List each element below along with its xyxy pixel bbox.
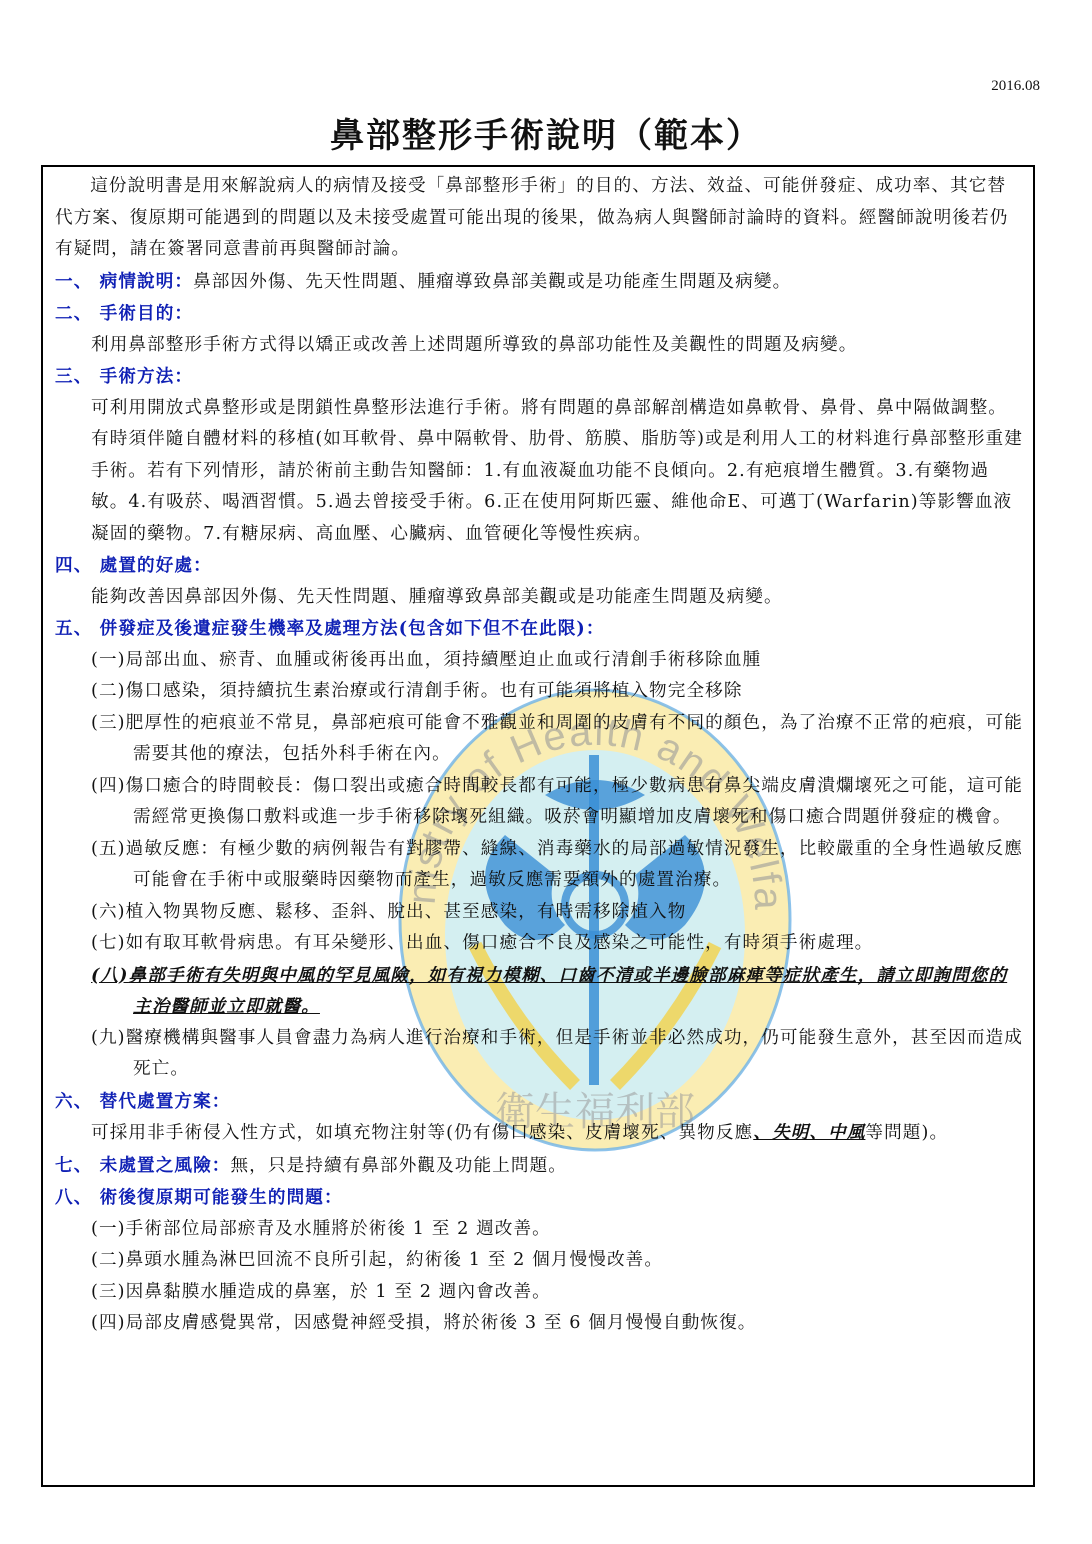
section-7-heading: 七、 未處置之風險：無，只是持續有鼻部外觀及功能上問題。 [55,1150,1023,1183]
section-title: 病情說明： [100,271,193,292]
section-title: 術後復原期可能發生的問題： [100,1187,343,1208]
list-item: (一)局部出血、瘀青、血腫或術後再出血，須持續壓迫止血或行清創手術移除血腫 [55,645,1023,677]
list-item: (七)如有取耳軟骨病患。有耳朵變形、出血、傷口癒合不良及感染之可能性，有時須手術… [55,928,1023,960]
document-date: 2016.08 [991,78,1040,95]
section-2-heading: 二、 手術目的： [55,298,1023,330]
section-title: 未處置之風險： [100,1155,231,1176]
section-title: 處置的好處： [100,555,212,576]
emphasis-text: 、失明、中風 [753,1122,865,1143]
section-number: 二、 [55,303,92,324]
section-number: 八、 [55,1187,92,1208]
section-1-body: 鼻部因外傷、先天性問題、腫瘤導致鼻部美觀或是功能產生問題及病變。 [193,272,791,292]
list-item: (五)過敏反應：有極少數的病例報告有對膠帶、縫線、消毒藥水的局部過敏情況發生，比… [55,834,1023,897]
section-8-heading: 八、 術後復原期可能發生的問題： [55,1182,1023,1214]
section-title: 替代處置方案： [100,1091,231,1112]
section-title: 併發症及後遺症發生機率及處理方法(包含如下但不在此限)： [100,618,605,639]
section-7-body: 無，只是持續有鼻部外觀及功能上問題。 [230,1156,567,1176]
section-6-body: 可採用非手術侵入性方式，如填充物注射等(仍有傷口感染、皮膚壞死、異物反應、失明、… [55,1117,1023,1150]
list-item: (六)植入物異物反應、鬆移、歪斜、脫出、甚至感染，有時需移除植入物 [55,897,1023,929]
list-item: (一)手術部位局部瘀青及水腫將於術後 1 至 2 週改善。 [55,1214,1023,1246]
section-number: 三、 [55,366,92,387]
section-number: 六、 [55,1091,92,1112]
section-6-heading: 六、 替代處置方案： [55,1086,1023,1118]
section-number: 五、 [55,618,92,639]
content-frame: Ministry of Health and Welfare 衛生福利部 這份說… [41,165,1035,1487]
section-3-body: 可利用開放式鼻整形或是閉鎖性鼻整形法進行手術。將有問題的鼻部解剖構造如鼻軟骨、鼻… [55,393,1023,551]
list-item: (九)醫療機構與醫事人員會盡力為病人進行治療和手術，但是手術並非必然成功，仍可能… [55,1023,1023,1086]
section-number: 四、 [55,555,92,576]
section-2-body: 利用鼻部整形手術方式得以矯正或改善上述問題所導致的鼻部功能性及美觀性的問題及病變… [55,330,1023,362]
document-body: 這份說明書是用來解說病人的病情及接受「鼻部整形手術」的目的、方法、效益、可能併發… [55,171,1023,1340]
list-item: (三)因鼻黏膜水腫造成的鼻塞，於 1 至 2 週內會改善。 [55,1277,1023,1309]
list-item: (二)鼻頭水腫為淋巴回流不良所引起，約術後 1 至 2 個月慢慢改善。 [55,1245,1023,1277]
section-title: 手術目的： [100,303,193,324]
document-title: 鼻部整形手術說明（範本） [0,108,1092,157]
section-5-heading: 五、 併發症及後遺症發生機率及處理方法(包含如下但不在此限)： [55,613,1023,645]
section-number: 七、 [55,1155,92,1176]
intro-paragraph: 這份說明書是用來解說病人的病情及接受「鼻部整形手術」的目的、方法、效益、可能併發… [55,171,1023,266]
list-item: (二)傷口感染，須持續抗生素治療或行清創手術。也有可能須將植入物完全移除 [55,676,1023,708]
section-4-body: 能夠改善因鼻部因外傷、先天性問題、腫瘤導致鼻部美觀或是功能產生問題及病變。 [55,582,1023,614]
list-item: (三)肥厚性的疤痕並不常見，鼻部疤痕可能會不雅觀並和周圍的皮膚有不同的顏色，為了… [55,708,1023,771]
section-number: 一、 [55,271,92,292]
list-item: (四)傷口癒合的時間較長：傷口裂出或癒合時間較長都有可能，極少數病患有鼻尖端皮膚… [55,771,1023,834]
section-4-heading: 四、 處置的好處： [55,550,1023,582]
list-item: (四)局部皮膚感覺異常，因感覺神經受損，將於術後 3 至 6 個月慢慢自動恢復。 [55,1308,1023,1340]
section-1-heading: 一、 病情說明：鼻部因外傷、先天性問題、腫瘤導致鼻部美觀或是功能產生問題及病變。 [55,266,1023,299]
warning-list-item: (八)鼻部手術有失明與中風的罕見風險，如有視力模糊、口齒不清或半邊臉部麻痺等症狀… [55,960,1023,1023]
section-title: 手術方法： [100,366,193,387]
section-3-heading: 三、 手術方法： [55,361,1023,393]
